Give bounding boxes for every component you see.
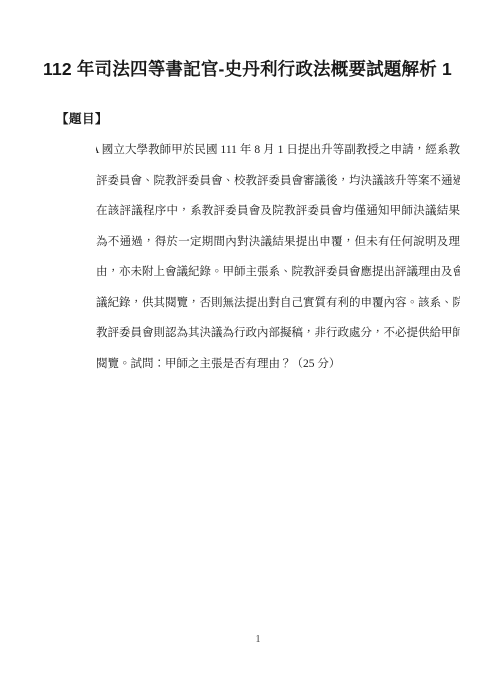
section-label-topic: 【題目】 <box>56 110 108 128</box>
question-line: 為不通過，得於一定期間內對決議結果提出申覆，但未有任何說明及理 <box>96 227 460 258</box>
question-line: 由，亦未附上會議紀錄。甲師主張系、院教評委員會應提出評議理由及會 <box>96 257 460 288</box>
document-title: 112 年司法四等書記官-史丹利行政法概要試題解析 1 <box>0 56 495 82</box>
question-line: 議紀錄，供其閱覽，否則無法提出對自己實質有利的申覆內容。該系、院 <box>96 288 460 319</box>
question-line: 一、A 國立大學教師甲於民國 111 年 8 月 1 日提出升等副教授之申請，經… <box>96 135 460 166</box>
question-line: 在該評議程序中，系教評委員會及院教評委員會均僅通知甲師決議結果 <box>96 196 460 227</box>
document-page: 112 年司法四等書記官-史丹利行政法概要試題解析 1 【題目】 一、A 國立大… <box>0 0 495 700</box>
question-line: 教評委員會則認為其決議為行政內部擬稿，非行政處分，不必提供給甲師 <box>96 318 460 349</box>
question-line: 評委員會、院教評委員會、校教評委員會審議後，均決議該升等案不通過。 <box>96 166 460 197</box>
page-number: 1 <box>56 633 460 647</box>
question-paragraph: 一、A 國立大學教師甲於民國 111 年 8 月 1 日提出升等副教授之申請，經… <box>96 135 460 379</box>
question-line: 閱覽。試問：甲師之主張是否有理由？（25 分） <box>96 349 460 380</box>
